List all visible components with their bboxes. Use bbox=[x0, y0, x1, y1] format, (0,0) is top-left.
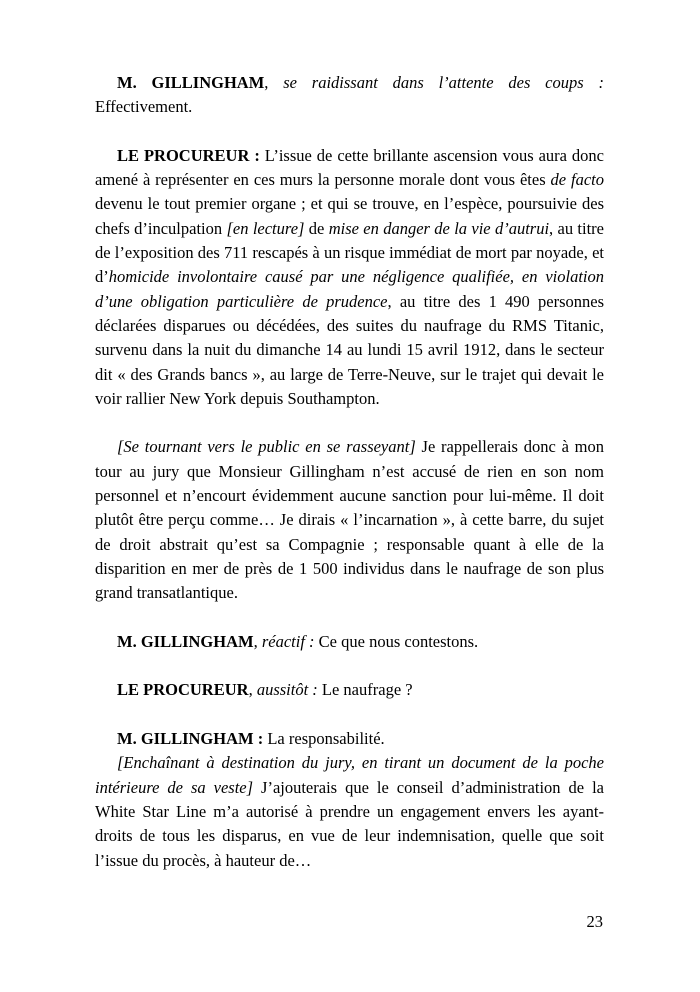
paragraph: [Se tournant vers le public en se rassey… bbox=[95, 435, 604, 605]
text-block: M. GILLINGHAM, se raidissant dans l’atte… bbox=[95, 71, 604, 873]
text-run: Effectivement. bbox=[95, 97, 192, 116]
text-run: LE PROCUREUR bbox=[117, 680, 249, 699]
paragraph: LE PROCUREUR : L’issue de cette brillant… bbox=[95, 144, 604, 411]
page-number-row: 23 bbox=[95, 910, 603, 934]
text-run: Le naufrage ? bbox=[318, 680, 413, 699]
paragraph: M. GILLINGHAM : La responsabilité. bbox=[95, 727, 604, 751]
document-page: { "page": { "background": "#ffffff", "te… bbox=[0, 0, 700, 992]
text-run: de bbox=[304, 219, 328, 238]
text-run: de facto bbox=[551, 170, 604, 189]
paragraph: LE PROCUREUR, aussitôt : Le naufrage ? bbox=[95, 678, 604, 702]
text-run: , bbox=[264, 73, 283, 92]
paragraph: M. GILLINGHAM, se raidissant dans l’atte… bbox=[95, 71, 604, 120]
text-run: M. GILLINGHAM : bbox=[117, 729, 263, 748]
text-run: [Se tournant vers le public en se rassey… bbox=[117, 437, 416, 456]
text-run: Je rappellerais donc à mon tour au jury … bbox=[95, 437, 604, 602]
text-run: [en lecture] bbox=[226, 219, 304, 238]
text-run: aussitôt : bbox=[257, 680, 318, 699]
text-run: réactif : bbox=[262, 632, 315, 651]
text-run: M. GILLINGHAM bbox=[117, 73, 264, 92]
text-run: Ce que nous contestons. bbox=[315, 632, 479, 651]
text-run: , bbox=[254, 632, 262, 651]
text-run: mise en danger de la vie d’autrui bbox=[329, 219, 549, 238]
paragraph: [Enchaînant à destination du jury, en ti… bbox=[95, 751, 604, 872]
text-run: se raidissant dans l’attente des coups : bbox=[283, 73, 604, 92]
text-run: M. GILLINGHAM bbox=[117, 632, 254, 651]
text-run: , bbox=[249, 680, 257, 699]
text-run: LE PROCUREUR : bbox=[117, 146, 260, 165]
paragraph: M. GILLINGHAM, réactif : Ce que nous con… bbox=[95, 630, 604, 654]
page-number: 23 bbox=[587, 912, 604, 931]
text-run: La responsabilité. bbox=[263, 729, 384, 748]
